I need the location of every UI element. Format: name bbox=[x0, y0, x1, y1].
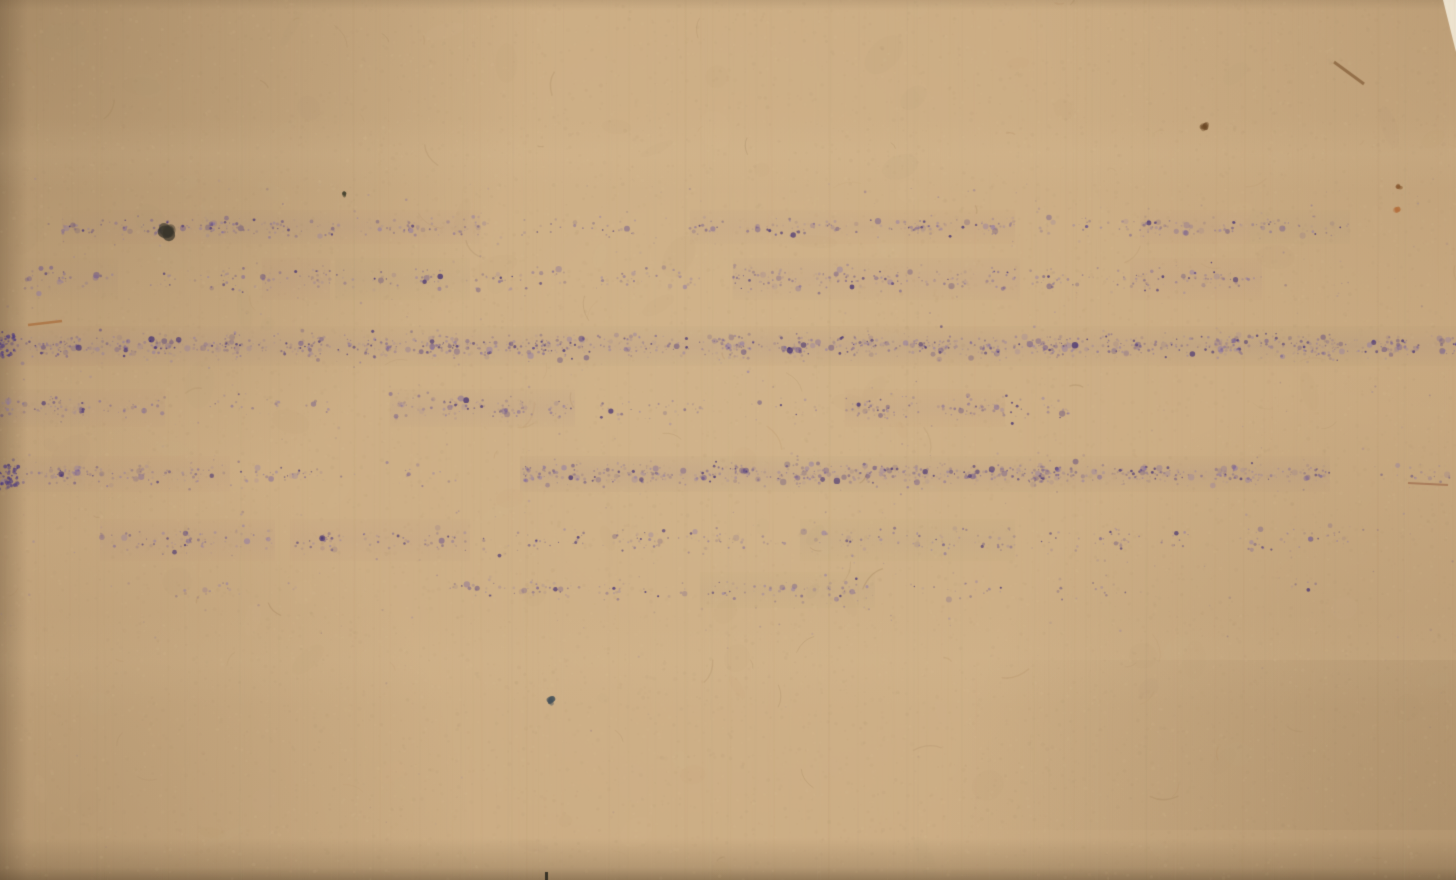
scanned-document bbox=[0, 0, 1456, 880]
paper-texture-canvas bbox=[0, 0, 1456, 880]
